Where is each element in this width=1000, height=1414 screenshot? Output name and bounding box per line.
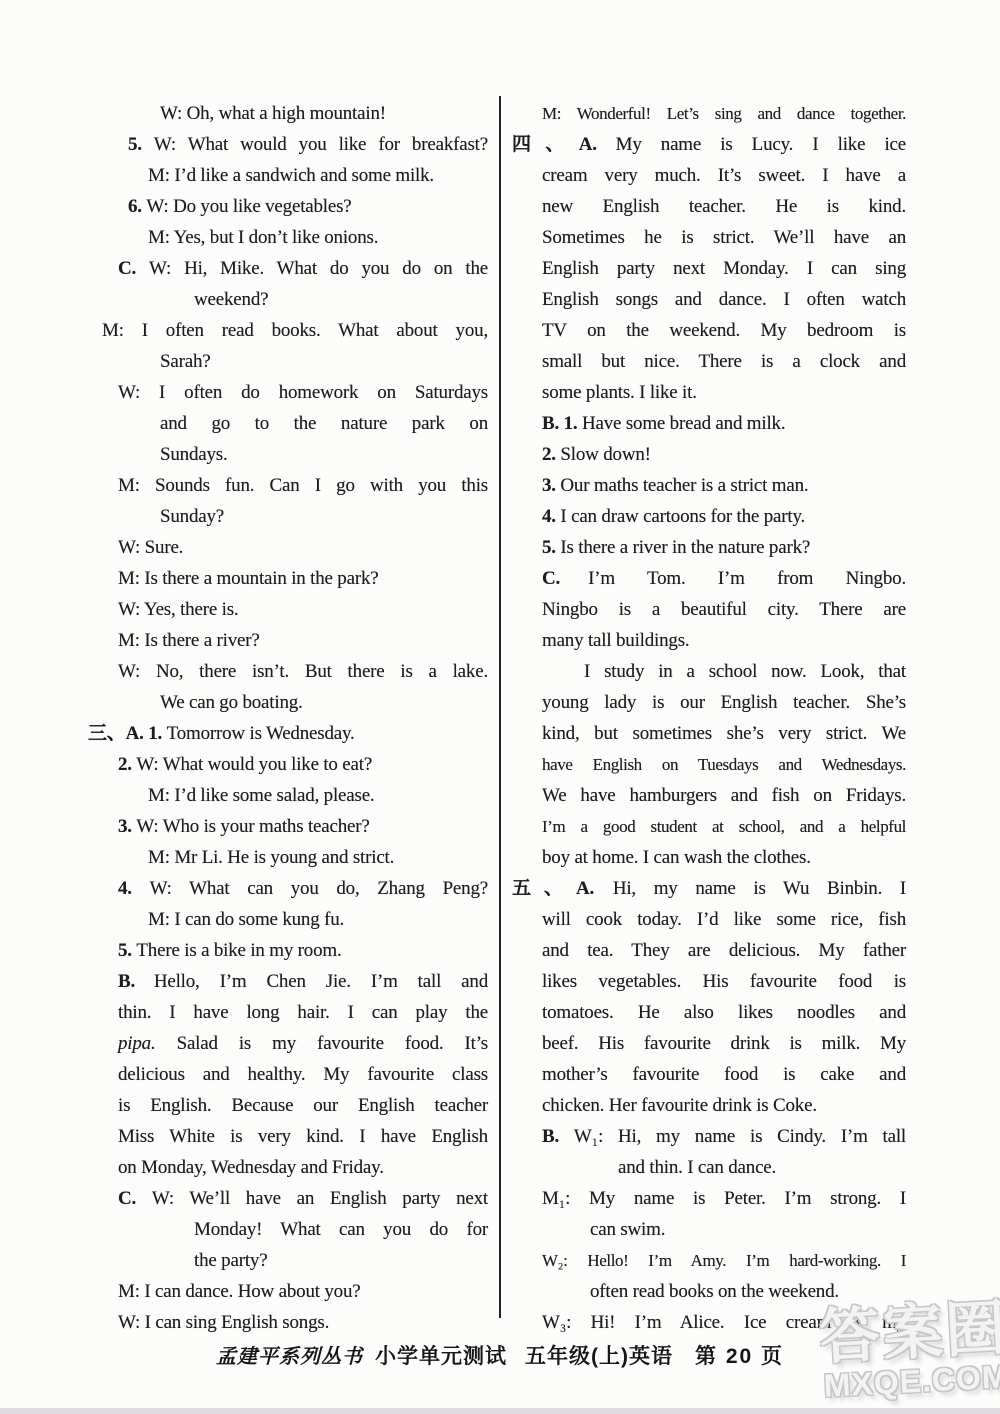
text-line: M: Mr Li. He is young and strict. <box>88 842 488 873</box>
text-line: 5. Is there a river in the nature park? <box>512 532 906 563</box>
text-line: M: I often read books. What about you, <box>88 315 488 346</box>
text-line: M: Yes, but I don’t like onions. <box>88 222 488 253</box>
scan-edge-strip <box>0 1408 1000 1414</box>
text-line: We have hamburgers and fish on Fridays. <box>512 780 906 811</box>
text-line: on Monday, Wednesday and Friday. <box>88 1152 488 1183</box>
watermark: 答案圈 MXQE.COM <box>808 1297 1000 1404</box>
text-line: Sometimes he is strict. We’ll have an <box>512 222 906 253</box>
text-line: English party next Monday. I can sing <box>512 253 906 284</box>
text-line: many tall buildings. <box>512 625 906 656</box>
footer-grade-subject: 五年级(上)英语 <box>525 1340 673 1370</box>
text-line: weekend? <box>88 284 488 315</box>
text-line: 6. W: Do you like vegetables? <box>88 191 488 222</box>
text-line: young lady is our English teacher. She’s <box>512 687 906 718</box>
text-line: W: Yes, there is. <box>88 594 488 625</box>
text-line: 五、A. Hi, my name is Wu Binbin. I <box>512 873 906 904</box>
text-line: 2. W: What would you like to eat? <box>88 749 488 780</box>
text-line: 三、A. 1. Tomorrow is Wednesday. <box>88 718 488 749</box>
text-line: Ningbo is a beautiful city. There are <box>512 594 906 625</box>
text-line: M: I can do some kung fu. <box>88 904 488 935</box>
footer-book-title: 小学单元测试 <box>375 1340 507 1370</box>
text-line: small but nice. There is a clock and <box>512 346 906 377</box>
text-line: M: Wonderful! Let’s sing and dance toget… <box>512 98 906 129</box>
text-line: W₂: Hello! I’m Amy. I’m hard-working. I <box>512 1245 906 1276</box>
text-line: M: Sounds fun. Can I go with you this <box>88 470 488 501</box>
text-line: 2. Slow down! <box>512 439 906 470</box>
footer-page-number: 第 20 页 <box>695 1340 784 1370</box>
text-line: cream very much. It’s sweet. I have a <box>512 160 906 191</box>
text-line: beef. His favourite drink is milk. My <box>512 1028 906 1059</box>
text-line: and tea. They are delicious. My father <box>512 935 906 966</box>
text-line: C. I’m Tom. I’m from Ningbo. <box>512 563 906 594</box>
text-line: will cook today. I’d like some rice, fis… <box>512 904 906 935</box>
text-line: M: Is there a river? <box>88 625 488 656</box>
text-line: W: I often do homework on Saturdays <box>88 377 488 408</box>
scanned-answer-page: W: Oh, what a high mountain!5. W: What w… <box>0 0 1000 1414</box>
text-line: TV on the weekend. My bedroom is <box>512 315 906 346</box>
text-line: Monday! What can you do for <box>88 1214 488 1245</box>
text-line: new English teacher. He is kind. <box>512 191 906 222</box>
text-line: 5. There is a bike in my room. <box>88 935 488 966</box>
text-line: 四、A. My name is Lucy. I like ice <box>512 129 906 160</box>
right-column: M: Wonderful! Let’s sing and dance toget… <box>512 98 906 1338</box>
text-line: Miss White is very kind. I have English <box>88 1121 488 1152</box>
text-line: W: I can sing English songs. <box>88 1307 488 1338</box>
text-line: delicious and healthy. My favourite clas… <box>88 1059 488 1090</box>
text-line: English songs and dance. I often watch <box>512 284 906 315</box>
text-line: and thin. I can dance. <box>512 1152 906 1183</box>
text-line: We can go boating. <box>88 687 488 718</box>
text-line: is English. Because our English teacher <box>88 1090 488 1121</box>
text-line: C. W: Hi, Mike. What do you do on the <box>88 253 488 284</box>
text-line: 3. W: Who is your maths teacher? <box>88 811 488 842</box>
text-line: W: No, there isn’t. But there is a lake. <box>88 656 488 687</box>
watermark-brand: 答案圈 <box>808 1297 1000 1370</box>
text-line: likes vegetables. His favourite food is <box>512 966 906 997</box>
column-divider <box>499 96 501 1318</box>
footer-series-name: 孟建平系列丛书 <box>216 1340 363 1369</box>
text-line: Sunday? <box>88 501 488 532</box>
text-line: I’m a good student at school, and a help… <box>512 811 906 842</box>
text-line: Sarah? <box>88 346 488 377</box>
text-line: chicken. Her favourite drink is Coke. <box>512 1090 906 1121</box>
text-line: kind, but sometimes she’s very strict. W… <box>512 718 906 749</box>
text-line: mother’s favourite food is cake and <box>512 1059 906 1090</box>
text-line: pipa. Salad is my favourite food. It’s <box>88 1028 488 1059</box>
text-line: 4. W: What can you do, Zhang Peng? <box>88 873 488 904</box>
text-line: I study in a school now. Look, that <box>512 656 906 687</box>
text-line: have English on Tuesdays and Wednesdays. <box>512 749 906 780</box>
text-line: can swim. <box>512 1214 906 1245</box>
text-line: M₁: My name is Peter. I’m strong. I <box>512 1183 906 1214</box>
text-line: thin. I have long hair. I can play the <box>88 997 488 1028</box>
text-line: M: I can dance. How about you? <box>88 1276 488 1307</box>
text-line: W: Sure. <box>88 532 488 563</box>
text-line: B. Hello, I’m Chen Jie. I’m tall and <box>88 966 488 997</box>
text-line: boy at home. I can wash the clothes. <box>512 842 906 873</box>
text-line: M: Is there a mountain in the park? <box>88 563 488 594</box>
text-line: the party? <box>88 1245 488 1276</box>
text-line: 5. W: What would you like for breakfast? <box>88 129 488 160</box>
text-line: B. W₁: Hi, my name is Cindy. I’m tall <box>512 1121 906 1152</box>
text-line: 4. I can draw cartoons for the party. <box>512 501 906 532</box>
text-line: some plants. I like it. <box>512 377 906 408</box>
left-column: W: Oh, what a high mountain!5. W: What w… <box>88 98 488 1338</box>
text-line: 3. Our maths teacher is a strict man. <box>512 470 906 501</box>
text-line: B. 1. Have some bread and milk. <box>512 408 906 439</box>
text-line: tomatoes. He also likes noodles and <box>512 997 906 1028</box>
text-line: W: Oh, what a high mountain! <box>88 98 488 129</box>
text-line: M: I’d like a sandwich and some milk. <box>88 160 488 191</box>
text-line: and go to the nature park on <box>88 408 488 439</box>
text-line: C. W: We’ll have an English party next <box>88 1183 488 1214</box>
text-line: Sundays. <box>88 439 488 470</box>
text-line: M: I’d like some salad, please. <box>88 780 488 811</box>
